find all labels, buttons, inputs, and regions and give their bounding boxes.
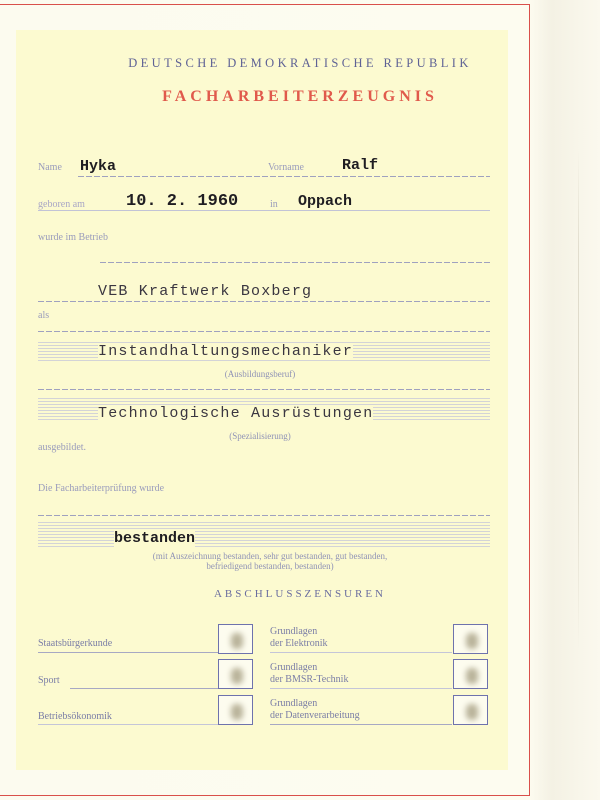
company-label: wurde im Betrieb <box>38 232 108 243</box>
exam-label: Die Facharbeiterprüfung wurde <box>38 483 164 494</box>
grade-box-staatsbuergerkunde <box>218 624 253 654</box>
specialization-line-top <box>38 389 490 390</box>
subject-datenverarbeitung-line2: der Datenverarbeitung <box>270 710 360 722</box>
country-heading: DEUTSCHE DEMOKRATISCHE REPUBLIK <box>0 56 600 71</box>
birthplace-value: Oppach <box>298 193 352 210</box>
redacted-grade <box>231 633 243 649</box>
profession-value: Instandhaltungsmechaniker <box>98 343 353 360</box>
subject-underline <box>38 652 218 653</box>
name-value: Hyka <box>80 158 116 175</box>
grades-title: ABSCHLUSSZENSUREN <box>0 588 600 600</box>
grade-box-betriebsoekonomik <box>218 695 253 725</box>
born-label: geboren am <box>38 199 85 210</box>
redacted-grade <box>231 668 243 684</box>
subject-bmsr-line1: Grundlagen <box>270 662 317 674</box>
grade-box-elektronik <box>453 624 488 654</box>
firstname-value: Ralf <box>342 157 378 174</box>
redacted-grade <box>466 668 478 684</box>
subject-elektronik-line1: Grundlagen <box>270 626 317 638</box>
in-label: in <box>270 199 278 210</box>
as-label: als <box>38 310 49 321</box>
specialization-value: Technologische Ausrüstungen <box>98 405 373 422</box>
subject-betriebsoekonomik: Betriebsökonomik <box>38 711 112 723</box>
certificate-title: FACHARBEITERZEUGNIS <box>0 88 600 106</box>
company-value: VEB Kraftwerk Boxberg <box>98 283 312 300</box>
company-line-top <box>100 262 490 263</box>
born-underline <box>38 210 490 211</box>
profession-hint: (Ausbildungsberuf) <box>200 369 320 379</box>
exam-ruled-lines <box>38 522 490 548</box>
redacted-grade <box>466 633 478 649</box>
trained-label: ausgebildet. <box>38 442 86 453</box>
redacted-grade <box>231 704 243 720</box>
subject-staatsbuergerkunde: Staatsbürgerkunde <box>38 638 112 650</box>
subject-underline <box>38 724 218 725</box>
firstname-label: Vorname <box>268 162 304 173</box>
subject-underline <box>270 724 452 725</box>
exam-hint-line1: (mit Auszeichnung bestanden, sehr gut be… <box>60 551 480 561</box>
exam-result-value: bestanden <box>114 530 195 547</box>
name-underline <box>78 176 490 177</box>
exam-hint-line2: befriedigend bestanden, bestanden) <box>60 561 480 571</box>
grade-box-datenverarbeitung <box>453 695 488 725</box>
subject-underline <box>270 652 452 653</box>
company-underline <box>38 301 490 302</box>
exam-line-top <box>38 515 490 516</box>
page-fold <box>578 150 579 650</box>
redacted-grade <box>466 704 478 720</box>
subject-elektronik-line2: der Elektronik <box>270 638 327 650</box>
subject-underline <box>270 688 452 689</box>
subject-sport: Sport <box>38 675 60 687</box>
grade-box-sport <box>218 659 253 689</box>
specialization-hint: (Spezialisierung) <box>200 431 320 441</box>
subject-datenverarbeitung-line1: Grundlagen <box>270 698 317 710</box>
born-value: 10. 2. 1960 <box>126 192 238 211</box>
profession-line-top <box>38 331 490 332</box>
grade-box-bmsr-technik <box>453 659 488 689</box>
name-label: Name <box>38 162 62 173</box>
subject-underline <box>70 688 218 689</box>
subject-bmsr-line2: der BMSR-Technik <box>270 674 348 686</box>
